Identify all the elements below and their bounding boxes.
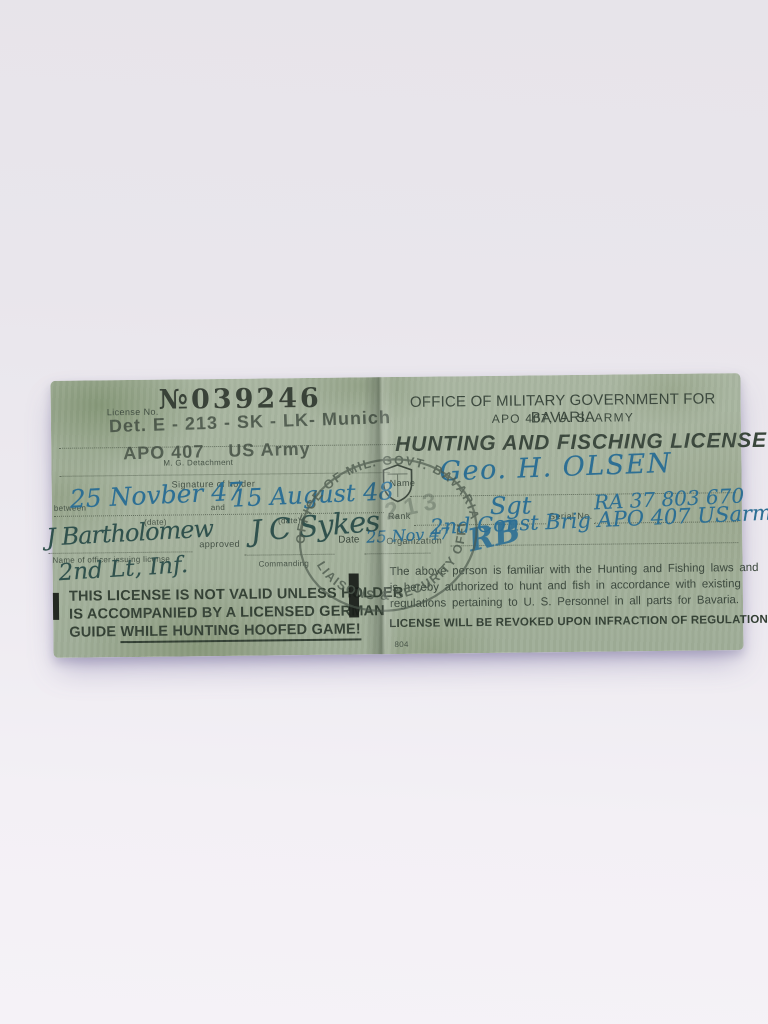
rule-line <box>60 472 390 477</box>
form-number: 804 <box>394 640 408 649</box>
commanding-label: Commanding <box>258 559 309 569</box>
authorization-text-line3: regulations pertaining to U. S. Personne… <box>390 592 739 612</box>
rank-label: Rank <box>388 511 411 521</box>
fold-registration-mark <box>349 573 359 617</box>
edge-registration-mark <box>53 593 59 620</box>
mg-detachment-label: M. G. Detachment <box>163 458 233 468</box>
rule-line <box>244 554 334 556</box>
warning-line3: GUIDE WHILE HUNTING HOOFED GAME! <box>69 620 361 642</box>
license-card: License No. №039246 Det. E - 213 - SK - … <box>50 373 743 658</box>
warning-line3-underlined: WHILE HUNTING HOOFED GAME! <box>120 621 361 643</box>
revocation-warning: LICENSE WILL BE REVOKED UPON INFRACTION … <box>389 614 743 630</box>
issuing-officer-signature: J Bartholomew <box>46 514 214 551</box>
warning-line3-prefix: GUIDE <box>69 624 120 641</box>
license-number-stamp: №039246 <box>159 383 322 416</box>
photo-of-license: { "card": { "left": { "license_no_label"… <box>0 0 768 1024</box>
rule-line <box>364 553 430 555</box>
